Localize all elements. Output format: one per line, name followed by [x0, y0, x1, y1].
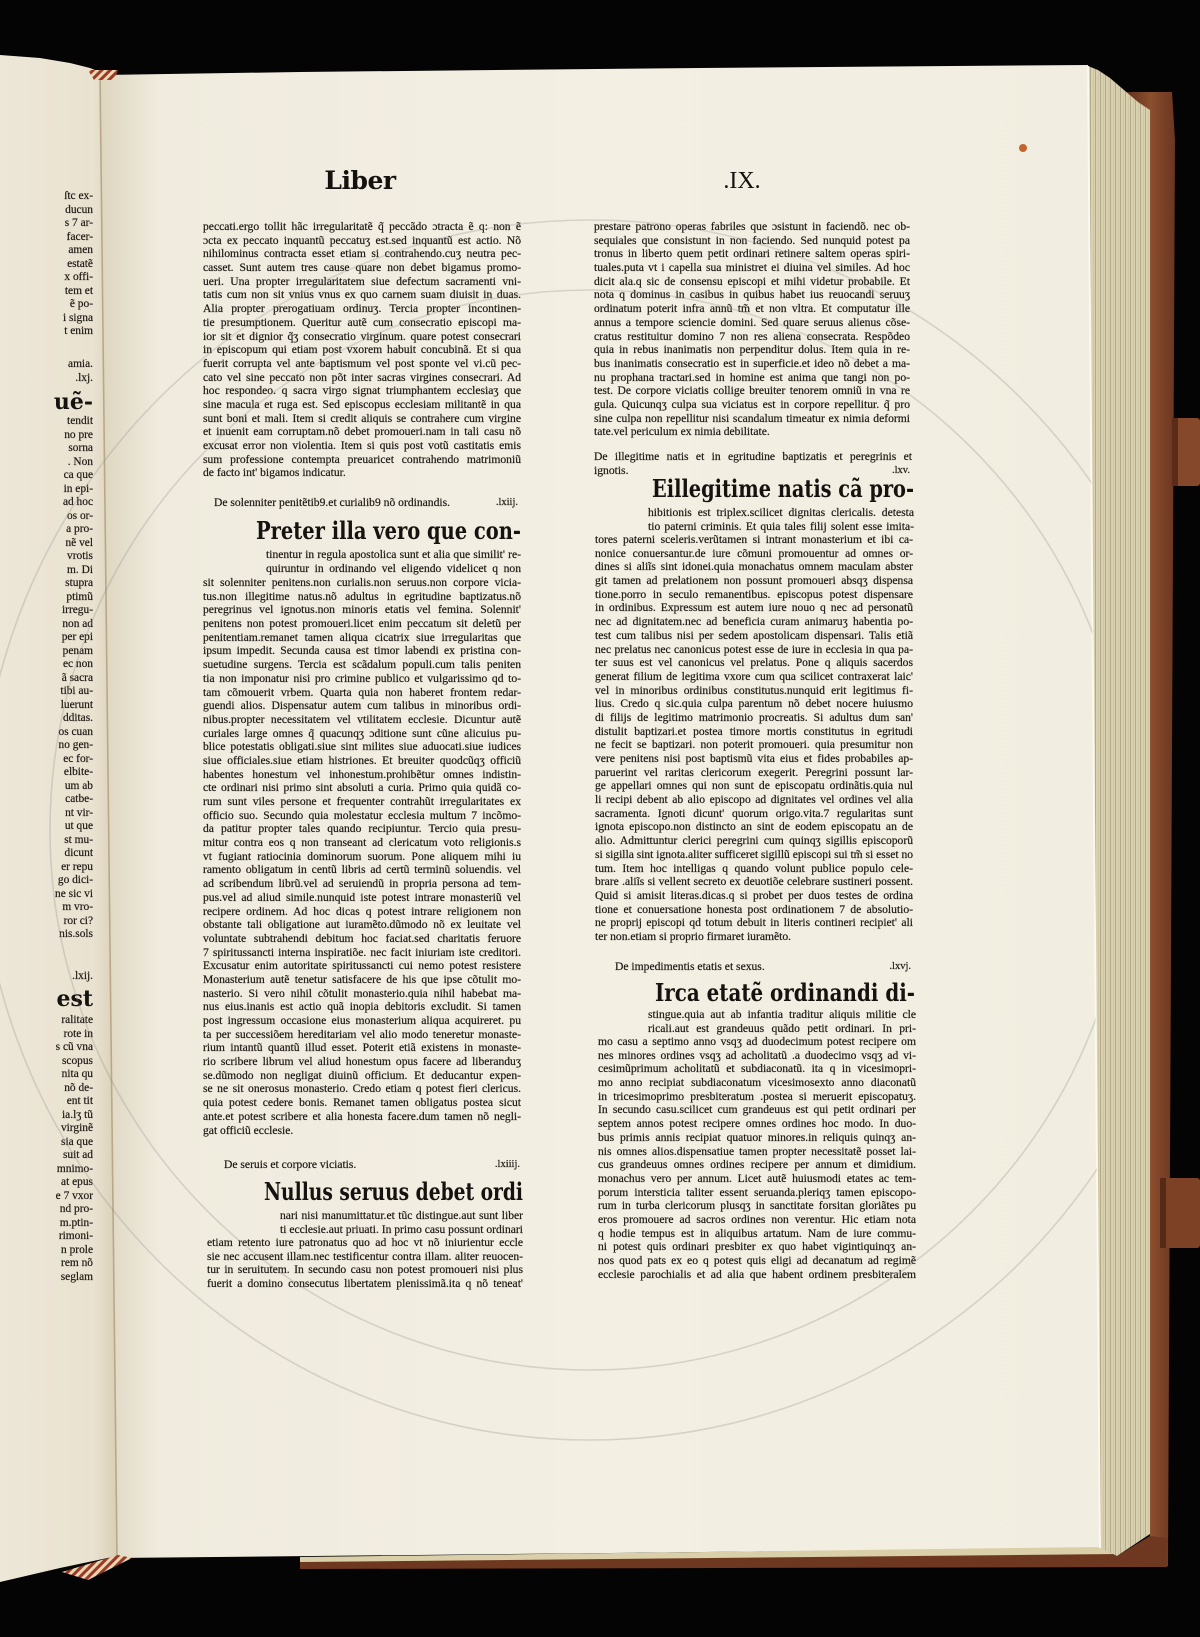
line-text: elbite-	[64, 766, 93, 780]
line-text: nos quod pats ex eo q potest quis eligi …	[598, 1254, 916, 1268]
text-line: monachus vero per annum. Licet autẽ huiu…	[598, 1172, 916, 1186]
fragment-line: ad hoc	[0, 496, 93, 510]
fragment-line: os or-	[0, 510, 93, 524]
text-line: tum. Item hoc intelligas q quando volunt…	[595, 862, 913, 876]
section-incipit-lxv: Eillegitime natis cã pro-	[652, 474, 914, 504]
text-line: quia potest cedere bonis. Remanet tamen …	[203, 1096, 521, 1110]
text-line: ignota episcopo.non distincto an sint de…	[595, 820, 913, 834]
line-text: sie nec accusent illam.nec testificentur…	[207, 1250, 523, 1264]
text-line: git tamen ad prelationem non possunt pro…	[595, 574, 913, 588]
line-text: tinentur in regula apostolica sunt et al…	[266, 548, 521, 562]
line-text: irregu-	[62, 604, 93, 618]
line-text: nõ de-	[64, 1082, 93, 1096]
text-line: In secundo casu.scilicet cum grandeuus e…	[598, 1103, 916, 1117]
fragment-line: elbite-	[0, 766, 93, 780]
fragment-line: penam	[0, 645, 93, 659]
text-line: ricali.aut est grandeuus quãdo petit ord…	[648, 1022, 916, 1036]
line-text: ante.et potest scribere et alia honesta …	[203, 1110, 521, 1124]
fragment-line: stupra	[0, 577, 93, 591]
line-text: 7 spiritussancti interna inspiratiõe. ne…	[203, 946, 521, 960]
fragment-line: m vro-	[0, 901, 93, 915]
fragment-line: non ad	[0, 618, 93, 632]
text-line: penitentiam.remanet tamen aliqua cicatri…	[203, 631, 521, 645]
section-number: .lxiiij.	[495, 1158, 522, 1172]
indented-lines-lxv: hibitionis est triplex.scilicet dignitas…	[648, 506, 914, 533]
line-text: no pre	[64, 429, 93, 443]
text-line: tate.vel periculum ex nimia debilitate.	[594, 425, 910, 439]
text-line: nari nisi manumittatur.et tũc distingue.…	[280, 1209, 523, 1223]
section-number: .lxij.	[0, 970, 93, 984]
line-text: nasterio. Si vero nihil cõtulit monaster…	[203, 987, 521, 1001]
rubric-text: ignotis.	[594, 464, 628, 478]
line-text: officio suo. Secundo quia molestatur ecc…	[203, 809, 521, 823]
text-line: peccati.ergo tollit hãc irregularitatẽ q…	[203, 220, 521, 234]
fragment-line: s 7 ar-	[0, 217, 93, 231]
line-text: de facto int' bigamos indicatur.	[203, 466, 346, 480]
line-text: quia in rebus inanimatis non perpenditur…	[594, 343, 910, 357]
line-text: ſtc ex-	[64, 190, 93, 204]
text-line: nasterio. Si vero nihil cõtulit monaster…	[203, 987, 521, 1001]
fragment-line: ec for-	[0, 753, 93, 767]
ink-stain	[1019, 144, 1027, 152]
text-line: hibitionis est triplex.scilicet dignitas…	[648, 506, 914, 520]
line-text: generat filium de legitima vxore cum qua…	[595, 670, 913, 684]
fragment-line: m. Di	[0, 564, 93, 578]
line-text: post ingressum occasione eius monasteriu…	[203, 1014, 521, 1028]
text-line: ipsum impedit. Secunda causa est timor l…	[203, 644, 521, 658]
line-text: q hodie tempus est in aliquibus artatum.…	[598, 1227, 916, 1241]
line-text: catbe-	[65, 793, 93, 807]
incipit-text: Eillegitime natis cã pro-	[652, 474, 914, 504]
incipit-text: Preter illa vero que con-	[256, 516, 521, 546]
line-text: at epus	[61, 1176, 93, 1190]
line-text: non ad	[62, 618, 93, 632]
text-line: porum intersticia taliter essent seruand…	[598, 1186, 916, 1200]
incipit-text: Irca etatẽ ordinandi di-	[655, 978, 915, 1008]
indented-lines-lxiij: tinentur in regula apostolica sunt et al…	[266, 548, 521, 575]
text-line: ecclesie parochialis et ad alia que habe…	[598, 1268, 916, 1282]
fragment-line: ẽ po-	[0, 298, 93, 312]
line-text: In secundo casu.scilicet cum grandeuus e…	[598, 1103, 916, 1117]
line-text: di filijs de legitimo matrimonio procrea…	[595, 711, 913, 725]
left-column-opening: peccati.ergo tollit hãc irregularitatẽ q…	[203, 220, 521, 480]
text-line: ordinatum poterit infra annũ tm̃ et non …	[594, 302, 910, 316]
fragment-line: nt vir-	[0, 807, 93, 821]
text-line: recipere ordinem. Ad hoc dicas q potest …	[203, 905, 521, 919]
text-line: cte ordinari nisi primo sint absoluti a …	[203, 781, 521, 795]
line-text: ni potest quis ordinari presbiter ex quo…	[598, 1240, 916, 1254]
text-line: tio paterni criminis. Et quia tales fili…	[648, 520, 914, 534]
line-text: hoc respondeo. q sacra virgo signat triu…	[203, 384, 521, 398]
text-line: sacramenta. Ignoti dicunt' quorum origo.…	[595, 807, 913, 821]
line-text: i signa	[63, 312, 93, 326]
line-text: nonice conuersantur.de iure cõmuni promo…	[595, 547, 913, 561]
line-text: tus.non illegitime natus.nõ adultus in e…	[203, 590, 521, 604]
fragment-line: seglam	[0, 1271, 93, 1285]
text-line: nota q dominus in casibus in quibus habe…	[594, 288, 910, 302]
fragment-line: um ab	[0, 780, 93, 794]
line-text: lius. Credo q sic.quia culpa parentum nõ…	[595, 697, 913, 711]
line-text: ignota episcopo.non distincto an sint de…	[595, 820, 913, 834]
line-text: tibi au-	[60, 685, 93, 699]
line-text: ge appellari omnes qui non sunt de episc…	[595, 779, 913, 793]
line-text: st mu-	[64, 834, 93, 848]
line-text: ralitate	[61, 1014, 93, 1028]
line-text: ter suus est vel canonicus vel prelatus.…	[595, 656, 913, 670]
line-text: quiruntur in ordinando vel eligendo vide…	[266, 562, 521, 576]
fragment-line: nẽ vel	[0, 537, 93, 551]
line-text: ent tit	[67, 1095, 93, 1109]
text-line: nu prophana tractari.sed in homine est a…	[594, 371, 910, 385]
line-text: rimoni-	[59, 1230, 93, 1244]
folio-number: .IX.	[707, 168, 777, 195]
line-text: amen	[68, 244, 93, 258]
line-text: seglam	[61, 1271, 93, 1285]
line-text: scopus	[62, 1055, 93, 1069]
text-line: siue officiales.siue etiam histriones. E…	[203, 754, 521, 768]
fragment-line: irregu-	[0, 604, 93, 618]
line-text: ducun	[65, 204, 93, 218]
line-text: gat officiũ ecclesie.	[203, 1124, 293, 1138]
fragment-line: facer-	[0, 231, 93, 245]
text-line: se.dũmodo non negligat diuinũ officium. …	[203, 1069, 521, 1083]
text-line: peregrinus vel ignotus.non minoris etati…	[203, 603, 521, 617]
fragment-line: rimoni-	[0, 1230, 93, 1244]
line-text: tatis cum non sit vnius vnus ex quo carn…	[203, 288, 521, 302]
rubric-lxiij: De solenniter penitẽtib9.et curialib9 nõ…	[214, 496, 520, 510]
line-text: test. De corpore viciatis collige breuit…	[594, 384, 910, 398]
line-text: ior sit et dignior q̃ʒ consecratio virgi…	[203, 330, 521, 344]
left-page-incipit-fragment: uẽ-	[0, 388, 93, 416]
line-text: rote in	[64, 1028, 93, 1042]
text-line: sunt boni et mali. Item si credit aliqui…	[203, 412, 521, 426]
line-text: nari nisi manumittatur.et tũc distingue.…	[280, 1209, 523, 1223]
line-text: per epi	[62, 631, 93, 645]
text-line: nis omnes alios.dispensatiue tamen propt…	[598, 1145, 916, 1159]
line-text: hibitionis est triplex.scilicet dignitas…	[648, 506, 914, 520]
fragment-line: ut que	[0, 820, 93, 834]
fragment-line: i signa	[0, 312, 93, 326]
line-text: ne fecit se baptizari. non poterit promo…	[595, 738, 913, 752]
line-text: nihilominus contracta esset etiam si con…	[203, 247, 521, 261]
line-text: ad scribendum librũ.vel ad seruiendũ in …	[203, 877, 521, 891]
fragment-line: in epi-	[0, 483, 93, 497]
fragment-line: m.ptin-	[0, 1217, 93, 1231]
line-text: cus grandeuus omnes ordines recipere per…	[598, 1158, 916, 1172]
line-text: tione et conuersatione honesta post ordi…	[595, 903, 913, 917]
fragment-line: estatẽ	[0, 258, 93, 272]
line-text: sine macula et ruga est. Sed episcopus e…	[203, 398, 521, 412]
text-line: test cum talibus nisi per sedem apostoli…	[595, 629, 913, 643]
fragment-line: luerunt	[0, 699, 93, 713]
line-text: guendi alios. Dispensatur autem cum tali…	[203, 699, 521, 713]
text-line: brare .aliĩs si vellent secreto ex deuot…	[595, 875, 913, 889]
line-text: nus eius.inanis est actio quã inopia deb…	[203, 1000, 521, 1014]
line-text: go dici-	[58, 874, 93, 888]
fragment-line: go dici-	[0, 874, 93, 888]
text-line: ge appellari omnes qui non sunt de episc…	[595, 779, 913, 793]
indented-lines-lxiiij: nari nisi manumittatur.et tũc distingue.…	[280, 1209, 523, 1236]
text-line: tronus in liberto quem petit ordinari re…	[594, 247, 910, 261]
line-text: ter non.etiam si proprio firmaret iuramẽ…	[595, 930, 791, 944]
line-text: stingue.quia aut ab infantia traditur al…	[648, 1008, 916, 1022]
line-text: os cuan	[59, 726, 93, 740]
line-text: tum. Item hoc intelligas q quando volunt…	[595, 862, 913, 876]
line-text: monachus vero per annum. Licet autẽ huiu…	[598, 1172, 916, 1186]
text-line: paruerint vel raritas clericorum exegeri…	[595, 766, 913, 780]
section-incipit-lxiij: Preter illa vero que con-	[256, 516, 521, 546]
text-line: ni potest quis ordinari presbiter ex quo…	[598, 1240, 916, 1254]
line-text: e 7 vxor	[56, 1190, 93, 1204]
line-text: sacramenta. Ignoti dicunt' quorum origo.…	[595, 807, 913, 821]
text-line: nec ad dignitatem.nec ad beneficia curam…	[595, 615, 913, 629]
clasp-strap-upper-shadow	[1172, 418, 1178, 486]
text-line: tia non imponatur nisi pro crimine publi…	[203, 672, 521, 686]
fragment-line: suit ad	[0, 1149, 93, 1163]
line-text: distulit baptizari.et postea timore mort…	[595, 725, 913, 739]
line-text: Quid si amisit literas.dicas.q si probet…	[595, 889, 913, 903]
line-text: pus.vel ad aliud simile.nunquid iste pot…	[203, 891, 521, 905]
line-text: tione.porro in seculo remanentibus. epis…	[595, 588, 913, 602]
text-line: sequiales que consistunt in non faciendo…	[594, 234, 910, 248]
left-page-incipit-fragment-2: est	[0, 985, 93, 1013]
text-line: tores paterni sceleris.verũtamen si intr…	[595, 533, 913, 547]
fragment-line: nis.sols	[0, 928, 93, 942]
text-line: Alia propter prerogatiuam ordinuʒ. Terci…	[203, 302, 521, 316]
text-line: dicit ala.q sic de consensu episcopi et …	[594, 275, 910, 289]
text-line: q hodie tempus est in aliquibus artatum.…	[598, 1227, 916, 1241]
line-text: rem nõ	[61, 1257, 93, 1271]
fragment-line: mnimo-	[0, 1163, 93, 1177]
rubric-text: De illegitime natis et in egritudine bap…	[594, 450, 912, 464]
line-text: no gen-	[59, 739, 93, 753]
line-text: er repu	[61, 861, 93, 875]
fragment-line: . Non	[0, 456, 93, 470]
line-text: Alia propter prerogatiuam ordinuʒ. Terci…	[203, 302, 521, 316]
text-line: pus.vel ad aliud simile.nunquid iste pot…	[203, 891, 521, 905]
section-number: .lxiij.	[496, 496, 520, 510]
text-line: gat officiũ ecclesie.	[203, 1124, 521, 1138]
rubric-text: De seruis et corpore viciatis.	[224, 1158, 356, 1172]
fragment-line: ã sacra	[0, 672, 93, 686]
text-line: test. De corpore viciatis collige breuit…	[594, 384, 910, 398]
text-line: in ordinibus. Expressum est autem iure n…	[595, 601, 913, 615]
line-text: penitentiam.remanet tamen aliqua cicatri…	[203, 631, 521, 645]
text-line: fuerit corrupta vel ante baptismum vel p…	[203, 357, 521, 371]
text-line: habentes honestum vel inhonestum.prohibẽ…	[203, 768, 521, 782]
line-text: porum intersticia taliter essent seruand…	[598, 1186, 916, 1200]
line-text: in epi-	[64, 483, 93, 497]
fragment-line: e 7 vxor	[0, 1190, 93, 1204]
line-text: ne proprij episcopi qd totum debuit in l…	[595, 916, 913, 930]
line-text: tendit	[67, 415, 93, 429]
line-text: penitens non potest promoueri.licet enim…	[203, 617, 521, 631]
text-line: tus.non illegitime natus.nõ adultus in e…	[203, 590, 521, 604]
fragment-line: tendit	[0, 415, 93, 429]
line-text: dicit ala.q sic de consensu episcopi et …	[594, 275, 910, 289]
line-text: os or-	[67, 510, 93, 524]
fragment-line: per epi	[0, 631, 93, 645]
text-line: curiales large omnes q̃ quacunqʒ ɔdition…	[203, 727, 521, 741]
text-line: cus grandeuus omnes ordines recipere per…	[598, 1158, 916, 1172]
line-text: ricali.aut est grandeuus quãdo petit ord…	[648, 1022, 916, 1036]
line-text: ia.lʒ tũ	[62, 1109, 93, 1123]
rubric-line: De illegitime natis et in egritudine bap…	[594, 450, 912, 464]
text-line: annus a tempore sciencie domini. Sed qua…	[594, 316, 910, 330]
line-text: n prole	[61, 1244, 93, 1258]
line-text: bus primis annis recipiat quatuor minore…	[598, 1131, 916, 1145]
text-line: sit solenniter penitens.non curialis.non…	[203, 576, 521, 590]
fragment-line: tem et	[0, 285, 93, 299]
section-number: .lxj.	[0, 372, 93, 386]
incipit-text: Nullus seruus debet ordi	[264, 1177, 523, 1207]
line-text: etiam retento iure patronatus quo ad hoc…	[207, 1236, 523, 1250]
left-page-rubric-end: amia. .lxj.	[0, 358, 93, 385]
line-text: rum in turba clericorum plusqʒ in sancti…	[598, 1199, 916, 1213]
line-text: cratus restituitur domino 7 non res alie…	[594, 330, 910, 344]
line-text: gula. Quicunqʒ culpa sua viciatus est in…	[594, 398, 910, 412]
text-line: mo casu a septimo anno vsqʒ ad duodecimu…	[598, 1035, 916, 1049]
fragment-line: ſtc ex-	[0, 190, 93, 204]
text-line: nos quod pats ex eo q potest quis eligi …	[598, 1254, 916, 1268]
line-text: rum sunt viles persone et frequenter con…	[203, 795, 521, 809]
line-text: Excusatur enim autoritate spiritussancti…	[203, 959, 521, 973]
line-text: nec prelatus nec canonicus potest esse d…	[595, 643, 913, 657]
text-line: si sigilla sint ignota.aliter sufficeret…	[595, 848, 913, 862]
line-text: prestare patrono operas fabriles que ɔsi…	[594, 220, 910, 234]
line-text: sorna	[68, 442, 93, 456]
line-text: brare .aliĩs si vellent secreto ex deuot…	[595, 875, 913, 889]
section-incipit-lxvj: Irca etatẽ ordinandi di-	[655, 978, 915, 1008]
text-line: se ne sit onerosus monasterio. Credo eti…	[203, 1082, 521, 1096]
line-text: facer-	[67, 231, 93, 245]
line-text: s cũ vna	[56, 1041, 93, 1055]
line-text: tuales.puta vt i capella sua ministret e…	[594, 261, 910, 275]
fragment-line: rote in	[0, 1028, 93, 1042]
line-text: tam cõmouerit vrbem. Quarta quia non hab…	[203, 686, 521, 700]
line-text: habentes honestum vel inhonestum.prohibẽ…	[203, 768, 521, 782]
text-line: tur in seruitutem. In secundo casu non p…	[207, 1263, 523, 1277]
fragment-line: ror ci?	[0, 915, 93, 929]
line-text: recipere ordinem. Ad hoc dicas q potest …	[203, 905, 521, 919]
text-line: alio. Admittuntur clerici peregrini cum …	[595, 834, 913, 848]
fragment-line: dicunt	[0, 847, 93, 861]
text-line: post ingressum occasione eius monasteriu…	[203, 1014, 521, 1028]
line-text: tores paterni sceleris.verũtamen si intr…	[595, 533, 913, 547]
line-text: curiales large omnes q̃ quacunqʒ ɔdition…	[203, 727, 521, 741]
text-line: nihilominus contracta esset etiam si con…	[203, 247, 521, 261]
fragment-line: nõ de-	[0, 1082, 93, 1096]
line-text: nd pro-	[60, 1203, 93, 1217]
line-text: tio paterni criminis. Et quia tales fili…	[648, 520, 914, 534]
left-page-fragments-c: ralitaterote ins cũ vnascopusnita qunõ d…	[0, 1014, 93, 1284]
text-line: Quid si amisit literas.dicas.q si probet…	[595, 889, 913, 903]
running-head-title: Liber	[310, 166, 410, 195]
text-line: vel in minoribus ordinibus constitutus.n…	[595, 684, 913, 698]
line-text: li recipi debent ab alio episcopo ad dig…	[595, 793, 913, 807]
text-line: tuales.puta vt i capella sua ministret e…	[594, 261, 910, 275]
section-number: .lxvj.	[889, 960, 913, 974]
text-line: tione et conuersatione honesta post ordi…	[595, 903, 913, 917]
line-text: obstante tali obligatione aut iuramẽto.d…	[203, 918, 521, 932]
text-line: guendi alios. Dispensatur autem cum tali…	[203, 699, 521, 713]
section-number-text: .lxj.	[75, 372, 93, 384]
text-line: 7 spiritussancti interna inspiratiõe. ne…	[203, 946, 521, 960]
line-text: sequiales que consistunt in non faciendo…	[594, 234, 910, 248]
line-text: virginẽ	[61, 1122, 93, 1136]
text-line: tatis cum non sit vnius vnus ex quo carn…	[203, 288, 521, 302]
text-line: stingue.quia aut ab infantia traditur al…	[648, 1008, 916, 1022]
line-text: nt vir-	[65, 807, 93, 821]
body-lines-lxiij: sit solenniter penitens.non curialis.non…	[203, 576, 521, 1137]
line-text: mitur contra eos q non transeant ad cler…	[203, 836, 521, 850]
line-text: ta per successiõem hereditariam vel alio…	[203, 1028, 521, 1042]
line-text: in tricesimoprimo presbiteratum .postea …	[598, 1090, 916, 1104]
line-text: luerunt	[61, 699, 93, 713]
line-text: suetudine surgens. Tercia est scãdalum p…	[203, 658, 521, 672]
line-text: tate.vel periculum ex nimia debilitate.	[594, 425, 770, 439]
line-text: rium intantũ quantũ illud esset. Poterit…	[203, 1041, 521, 1055]
text-line: sine macula et ruga est. Sed episcopus e…	[203, 398, 521, 412]
fragment-line: os cuan	[0, 726, 93, 740]
text-line: etiam retento iure patronatus quo ad hoc…	[207, 1236, 523, 1250]
line-text: um ab	[65, 780, 93, 794]
text-line: rum sunt viles persone et frequenter con…	[203, 795, 521, 809]
text-line: ne fecit se baptizari. non poterit promo…	[595, 738, 913, 752]
indented-lines-lxvj: stingue.quia aut ab infantia traditur al…	[648, 1008, 916, 1035]
body-lines-lxvj: mo casu a septimo anno vsqʒ ad duodecimu…	[598, 1035, 916, 1281]
text-line: ter suus est vel canonicus vel prelatus.…	[595, 656, 913, 670]
line-text: ec non	[63, 658, 93, 672]
text-line: quiruntur in ordinando vel eligendo vide…	[266, 562, 521, 576]
line-text: git tamen ad prelationem non possunt pro…	[595, 574, 913, 588]
text-line: da patitur propter tales quando recipiun…	[203, 822, 521, 836]
fragment-line: amen	[0, 244, 93, 258]
line-text: blice potestatis obligati.siue sint mili…	[203, 740, 521, 754]
line-text: nes minores ordines vsqʒ ad acholitatũ .…	[598, 1049, 916, 1063]
line-text: dicunt	[65, 847, 93, 861]
line-text: in episcopum qui etiam post vxorem habui…	[203, 343, 521, 357]
section-number-text: .lxij.	[72, 970, 93, 982]
line-text: vel in minoribus ordinibus constitutus.n…	[595, 684, 913, 698]
left-page-fragments-a: ſtc ex-ducuns 7 ar-facer-amenestatẽx off…	[0, 190, 93, 339]
line-text: estatẽ	[67, 258, 93, 272]
text-line: suetudine surgens. Tercia est scãdalum p…	[203, 658, 521, 672]
fragment-line: sia que	[0, 1136, 93, 1150]
fragment-line: ec non	[0, 658, 93, 672]
fragment-line: virginẽ	[0, 1122, 93, 1136]
line-text: ordinatum poterit infra annũ tm̃ et non …	[594, 302, 910, 316]
text-line: voluntate subtrahendi debitum hoc faciat…	[203, 932, 521, 946]
line-text: m. Di	[67, 564, 93, 578]
line-text: ẽ po-	[70, 298, 93, 312]
line-text: nu prophana tractari.sed in homine est a…	[594, 371, 910, 385]
rubric-text: De impedimentis etatis et sexus.	[615, 960, 765, 974]
fragment-line: a pro-	[0, 523, 93, 537]
incipit-fragment: est	[0, 985, 93, 1013]
line-text: siue officiales.siue etiam histriones. E…	[203, 754, 521, 768]
line-text: tia non imponatur nisi pro crimine publi…	[203, 672, 521, 686]
text-line: in tricesimoprimo presbiteratum .postea …	[598, 1090, 916, 1104]
line-text: nis.sols	[59, 928, 93, 942]
fragment-line: x offi-	[0, 271, 93, 285]
line-text: si sigilla sint ignota.aliter sufficeret…	[595, 848, 913, 862]
text-line: obstante tali obligatione aut iuramẽto.d…	[203, 918, 521, 932]
line-text: t enim	[64, 325, 93, 339]
line-text: fuerit a domino consecutus libertatem pl…	[207, 1277, 523, 1291]
line-text: casset. Sunt autem tres cause quare non …	[203, 261, 521, 275]
line-text: tie presumptionem. Queritur autẽ cum con…	[203, 316, 521, 330]
